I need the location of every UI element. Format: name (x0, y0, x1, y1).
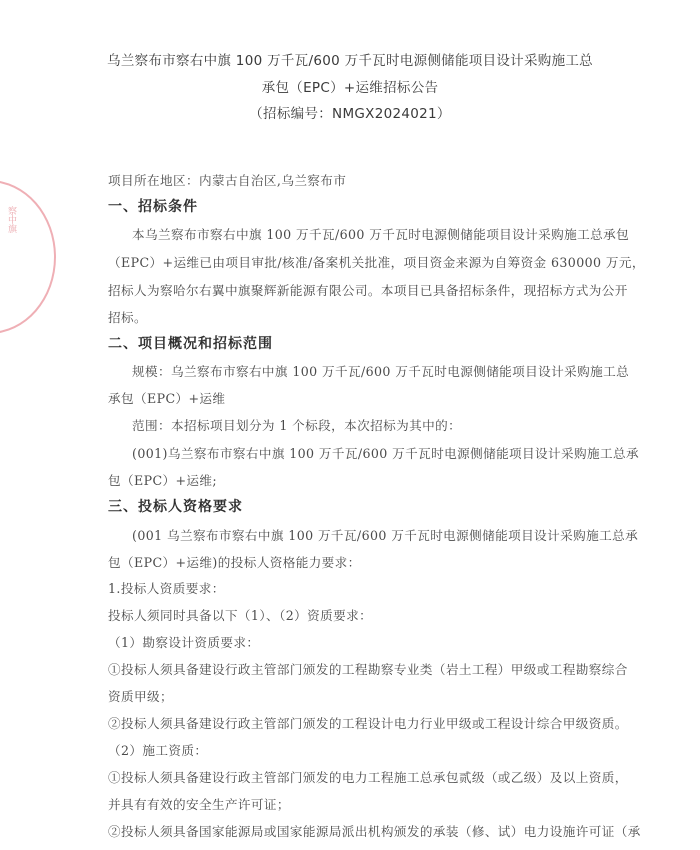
document-page: 察中旗 乌兰察布市察右中旗 100 万千瓦/600 万千瓦时电源侧储能项目设计采… (0, 0, 700, 850)
section-heading-3: 三、投标人资格要求 (108, 496, 243, 516)
paragraph-line: (001)乌兰察布市察右中旗 100 万千瓦/600 万千瓦时电源侧储能项目设计… (132, 443, 639, 462)
paragraph-line: ②投标人须具备国家能源局或国家能源局派出机构颁发的承装（修、试）电力设施许可证（… (108, 821, 641, 840)
paragraph-line: ①投标人须具备建设行政主管部门颁发的电力工程施工总承包贰级（或乙级）及以上资质， (108, 767, 628, 786)
paragraph-line: ①投标人须具备建设行政主管部门颁发的工程勘察专业类（岩土工程）甲级或工程勘察综合 (108, 659, 628, 678)
bid-number: （招标编号：NMGX2024021） (90, 102, 610, 122)
section-heading-2: 二、项目概况和招标范围 (108, 333, 273, 353)
seal-text: 察中旗 (2, 206, 16, 233)
paragraph-line: 资质甲级； (108, 686, 173, 705)
document-title-line-1: 乌兰察布市察右中旗 100 万千瓦/600 万千瓦时电源侧储能项目设计采购施工总 (90, 49, 610, 69)
paragraph-line: (001 乌兰察布市察右中旗 100 万千瓦/600 万千瓦时电源侧储能项目设计… (132, 525, 638, 544)
paragraph-line: 包（EPC）+运维; (108, 470, 217, 489)
official-seal-stamp (0, 180, 56, 334)
paragraph-line: 范围：本招标项目划分为 1 个标段，本次招标为其中的： (132, 415, 461, 434)
document-title-line-2: 承包（EPC）+运维招标公告 (90, 76, 610, 96)
paragraph-line: （2）施工资质： (108, 740, 207, 759)
paragraph-line: 投标人须同时具备以下（1）、（2）资质要求： (108, 605, 372, 624)
paragraph-line: 招标人为察哈尔右翼中旗聚辉新能源有限公司。本项目已具备招标条件，现招标方式为公开 (108, 280, 628, 299)
paragraph-line: 承包（EPC）+运维 (108, 388, 225, 407)
paragraph-line: 1.投标人资质要求： (108, 578, 225, 597)
paragraph-line: 招标。 (108, 307, 147, 326)
paragraph-line: ②投标人须具备建设行政主管部门颁发的工程设计电力行业甲级或工程设计综合甲级资质。 (108, 713, 628, 732)
paragraph-line: 包（EPC）+运维)的投标人资格能力要求： (108, 552, 361, 571)
paragraph-line: 本乌兰察布市察右中旗 100 万千瓦/600 万千瓦时电源侧储能项目设计采购施工… (132, 224, 629, 243)
paragraph-line: 并具有有效的安全生产许可证； (108, 794, 290, 813)
section-heading-1: 一、招标条件 (108, 196, 198, 216)
paragraph-line: 规模：乌兰察布市察右中旗 100 万千瓦/600 万千瓦时电源侧储能项目设计采购… (132, 361, 629, 380)
project-location: 项目所在地区：内蒙古自治区,乌兰察布市 (108, 170, 346, 189)
paragraph-line: （EPC）+运维已由项目审批/核准/备案机关批准，项目资金来源为自筹资金 630… (108, 252, 645, 271)
paragraph-line: （1）勘察设计资质要求： (108, 632, 259, 651)
